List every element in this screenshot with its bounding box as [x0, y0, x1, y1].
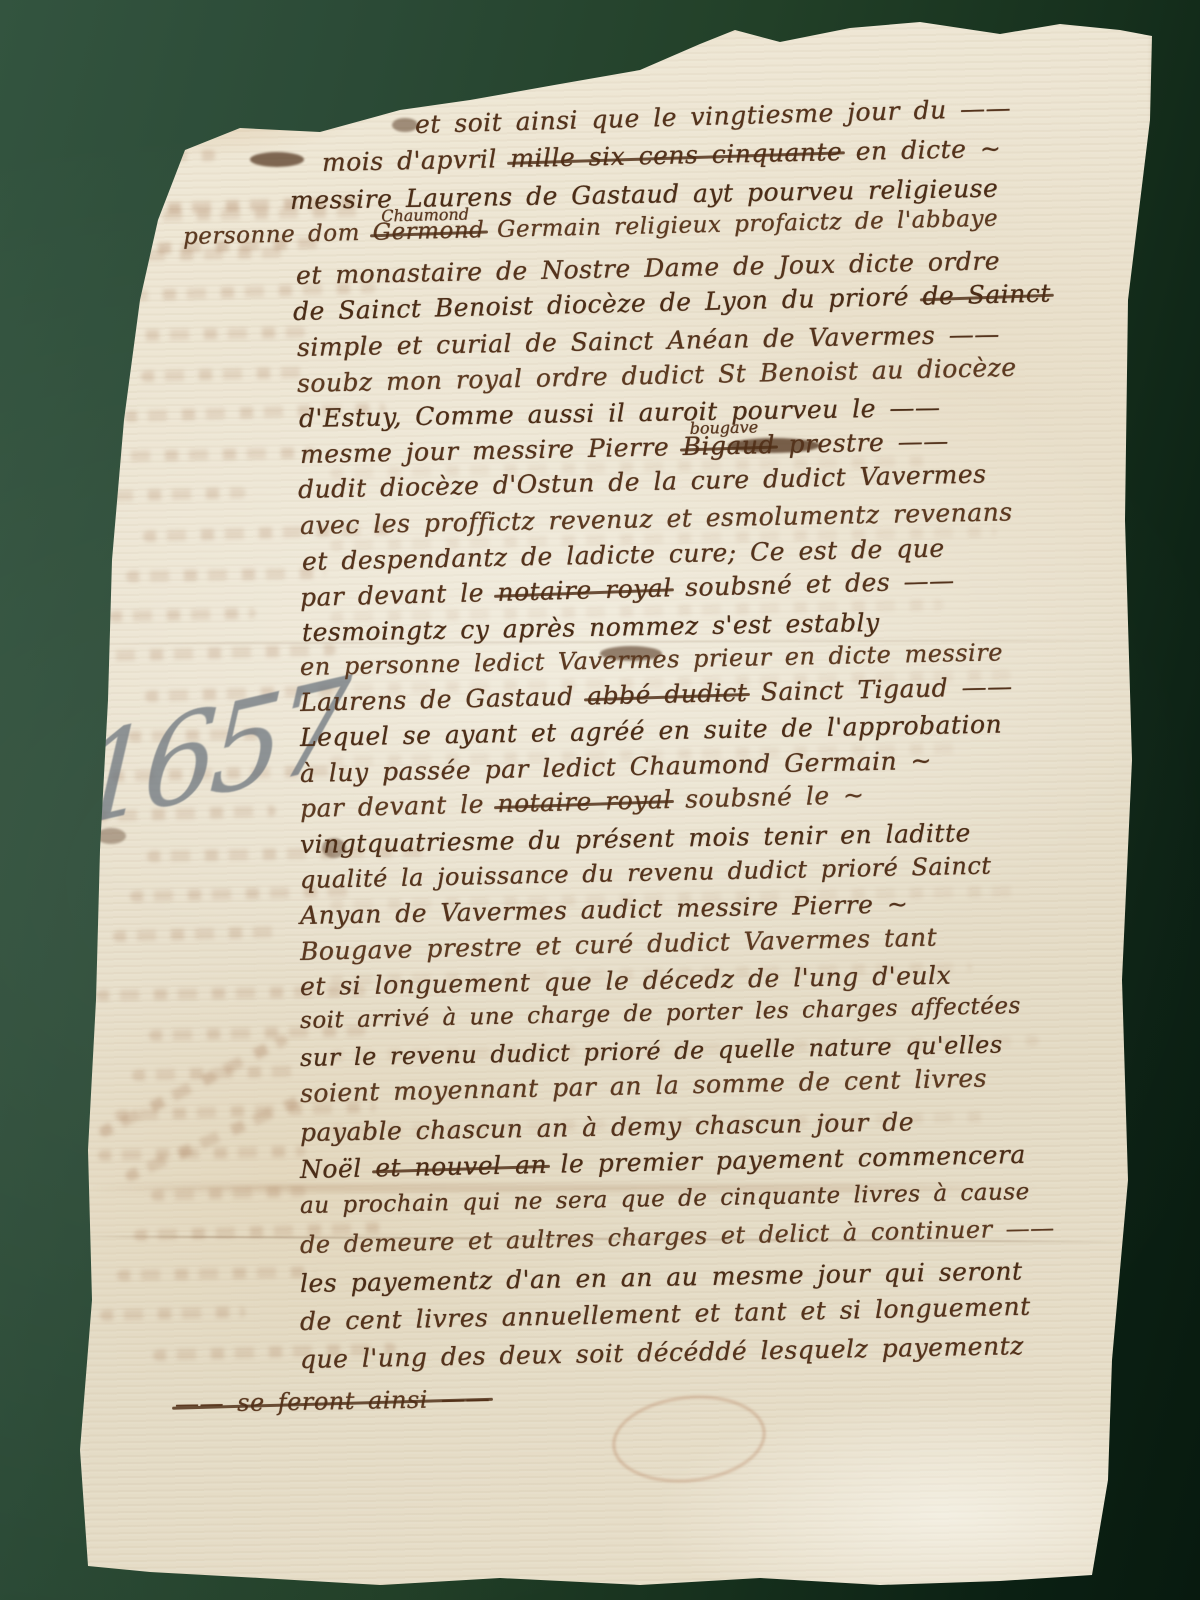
handwritten-text: Noël — [300, 1153, 376, 1184]
handwritten-text: soubsné le ~ — [671, 780, 864, 814]
bleedthrough-row — [113, 926, 286, 942]
handwritten-text: que l'ung des deux soit décéddé lesquelz… — [300, 1331, 1024, 1374]
bleedthrough-row — [141, 367, 306, 382]
struck-text: et nouvel an — [375, 1150, 547, 1183]
manuscript-line: que l'ung des deux soit décéddé lesquelz… — [300, 1331, 1024, 1374]
document-page: 1657 et soit ainsi que le vingtiesme jou… — [62, 14, 1167, 1594]
handwritten-text: en dicte ~ — [842, 134, 1002, 166]
handwritten-text: soient moyennant par an la somme de cent… — [300, 1063, 988, 1108]
manuscript-line: Bougave prestre et curé dudict Vavermes … — [300, 923, 938, 966]
manuscript-line: de cent livres annuellement et tant et s… — [300, 1292, 1031, 1336]
struck-text: GermondChaumond — [372, 217, 484, 246]
struck-text: —— se feront ainsi —— — [175, 1385, 491, 1418]
handwritten-text: les payementz d'an en an au mesme jour q… — [300, 1256, 1023, 1298]
handwritten-text: prestre —— — [775, 426, 949, 459]
bleedthrough-row — [100, 1306, 246, 1321]
manuscript-line: Anyan de Vavermes audict messire Pierre … — [300, 889, 909, 930]
handwritten-text: par devant le — [300, 578, 498, 612]
struck-text: notaire royal — [497, 573, 672, 607]
manuscript-line: par devant le notaire royal soubsné le ~ — [300, 780, 865, 823]
handwritten-text: payable chascun an à demy chascun jour d… — [300, 1107, 915, 1147]
manuscript-line: payable chascun an à demy chascun jour d… — [300, 1107, 915, 1147]
manuscript-line: les payementz d'an en an au mesme jour q… — [300, 1256, 1023, 1298]
manuscript-line: mois d'apvril mille six cens cinquante e… — [322, 134, 1002, 177]
seal-impression — [608, 1388, 770, 1490]
bleedthrough-row — [126, 568, 326, 582]
handwritten-text: Bougave prestre et curé dudict Vavermes … — [300, 923, 938, 966]
handwritten-text: vingtquatriesme du présent mois tenir en… — [300, 818, 971, 859]
manuscript-line: soient moyennant par an la somme de cent… — [300, 1063, 988, 1108]
bleedthrough-row — [117, 1266, 316, 1281]
handwritten-text: de cent livres annuellement et tant et s… — [300, 1292, 1031, 1336]
handwritten-text: de Sainct Benoist diocèze de Lyon du pri… — [293, 282, 923, 326]
interlinear-insertion: Chaumond — [381, 204, 469, 225]
bleedthrough-row — [107, 447, 316, 462]
manuscript-line: de demeure et aultres charges et delict … — [300, 1214, 1055, 1259]
manuscript-line: —— se feront ainsi —— — [175, 1385, 491, 1418]
handwritten-text: Sainct Tigaud —— — [747, 672, 1013, 707]
manuscript-line: vingtquatriesme du présent mois tenir en… — [300, 818, 971, 859]
handwritten-text: et si longuement que le décedz de l'ung … — [300, 961, 952, 1001]
interlinear-insertion: bougave — [689, 417, 758, 437]
handwritten-text: d'Estuy, Comme aussi il auroit pourveu l… — [299, 393, 941, 433]
handwritten-text: soubsné et des —— — [671, 566, 955, 602]
handwritten-text: le premier payement commencera — [547, 1140, 1026, 1179]
manuscript-line: d'Estuy, Comme aussi il auroit pourveu l… — [299, 393, 941, 433]
handwritten-text: Anyan de Vavermes audict messire Pierre … — [300, 889, 909, 930]
ink-blot — [250, 152, 304, 167]
handwritten-text: par devant le — [300, 789, 498, 823]
handwritten-text: personne dom — [183, 220, 373, 250]
manuscript-photo: { "background": { "felt_green_left": "#2… — [0, 0, 1200, 1600]
struck-text: de Sainct — [922, 278, 1051, 310]
bleedthrough-row — [109, 608, 256, 622]
manuscript-line: et soit ainsi que le vingtiesme jour du … — [415, 93, 1012, 139]
handwritten-text: et soit ainsi que le vingtiesme jour du … — [415, 93, 1012, 139]
struck-text: notaire royal — [497, 785, 672, 818]
struck-text: Bigaudbougave — [682, 430, 775, 461]
handwritten-text: Laurens de Gastaud — [300, 681, 588, 717]
struck-text: abbé dudict — [587, 678, 748, 711]
manuscript-line: Noël et nouvel an le premier payement co… — [300, 1140, 1026, 1184]
manuscript-line: et si longuement que le décedz de l'ung … — [300, 961, 952, 1001]
struck-text: mille six cens cinquante — [510, 137, 843, 173]
handwritten-text: mois d'apvril — [322, 144, 511, 177]
handwritten-text: de demeure et aultres charges et delict … — [300, 1214, 1055, 1259]
handwritten-text: Germain religieux profaictz de l'abbaye — [484, 206, 998, 244]
